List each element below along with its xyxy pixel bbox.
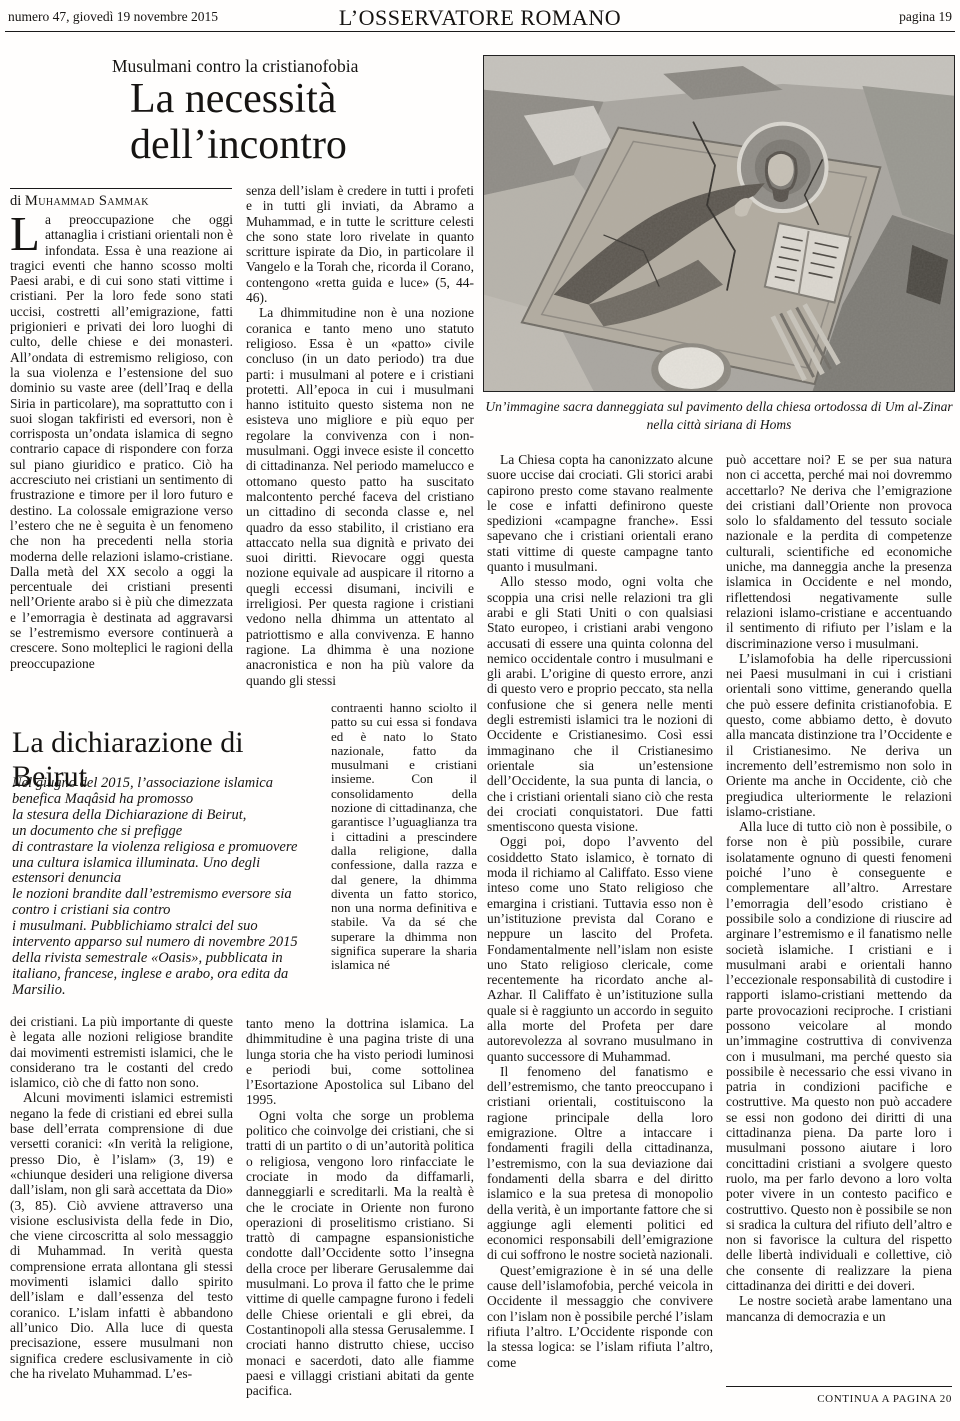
paragraph: può accettare noi? E se per sua natura n… [726, 452, 952, 651]
paragraph: L’islamofobia ha delle ripercussioni nei… [726, 651, 952, 819]
paragraph: Quest’emigrazione è in sé una delle caus… [487, 1263, 713, 1370]
paragraph: tanto meno la dottrina islamica. La dhim… [246, 1016, 474, 1108]
page-number: pagina 19 [899, 9, 952, 25]
byline-author: Muhammad Sammak [25, 193, 149, 209]
paragraph: Alla luce di tutto ciò non è possibile, … [726, 819, 952, 1293]
paragraph: dei cristiani. La più importante di ques… [10, 1014, 233, 1090]
paragraph: Le nostre società arabe lamentano una ma… [726, 1293, 952, 1324]
continuation-notice: CONTINUA A PAGINA 20 [726, 1393, 952, 1405]
paragraph: La Chiesa copta ha canonizzato alcune su… [487, 452, 713, 574]
continuation-rule [726, 1386, 952, 1387]
article-column-2-top: senza dell’islam è credere in tutti i pr… [246, 183, 474, 701]
article-column-2-narrow: contraenti hanno sciolto il patto su cui… [331, 701, 477, 1014]
masthead: L’OSSERVATORE ROMANO [0, 5, 960, 31]
paragraph: Il fenomeno del fanatismo e dell’estremi… [487, 1064, 713, 1263]
kicker: Musulmani contro la cristianofobia [112, 56, 358, 77]
byline: di Muhammad Sammak [10, 193, 149, 210]
newspaper-page: numero 47, giovedì 19 novembre 2015 L’OS… [0, 0, 960, 1421]
paragraph: a preoccupazione che oggi attanaglia i c… [10, 212, 233, 671]
article-column-3: La Chiesa copta ha canonizzato alcune su… [487, 452, 713, 1418]
article-column-1-bottom: dei cristiani. La più importante di ques… [10, 1014, 233, 1421]
damaged-icon-photo-art [484, 56, 954, 391]
article-column-2-bottom: tanto meno la dottrina islamica. La dhim… [246, 1016, 474, 1421]
header-rule [5, 31, 955, 32]
byline-rule [10, 188, 232, 189]
paragraph: La dhimmitudine non è una nozione corani… [246, 305, 474, 687]
photo-caption: Un’immagine sacra danneggiata sul pavime… [483, 398, 955, 434]
paragraph: Ogni volta che sorge un problema politic… [246, 1108, 474, 1399]
paragraph: contraenti hanno sciolto il patto su cui… [331, 701, 477, 973]
paragraph: Oggi poi, dopo l’avvento del cosiddetto … [487, 834, 713, 1063]
byline-prefix: di [10, 193, 21, 209]
beirut-box-intro: Nel giugno del 2015, l’associazione isla… [12, 776, 330, 999]
paragraph: Allo stesso modo, ogni volta che scoppia… [487, 574, 713, 834]
drop-cap: L [10, 212, 45, 254]
article-column-4: può accettare noi? E se per sua natura n… [726, 452, 952, 1382]
paragraph: Alcuni movimenti islamici estremisti neg… [10, 1090, 233, 1381]
damaged-icon-photo [483, 55, 955, 392]
article-column-1-top: La preoccupazione che oggi attanaglia i … [10, 212, 233, 708]
article-title: La necessità dell’incontro [130, 76, 490, 168]
paragraph: senza dell’islam è credere in tutti i pr… [246, 183, 474, 305]
